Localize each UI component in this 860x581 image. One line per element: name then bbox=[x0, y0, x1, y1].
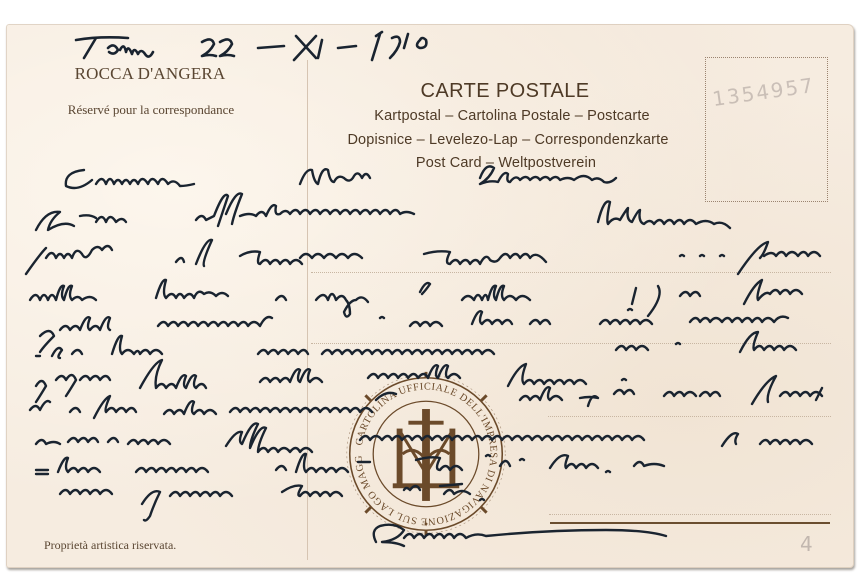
message-line-10: -dare ossequi e saluti ai tuoi di casa, … bbox=[36, 456, 463, 481]
message-line-9: e mi è caro approfittare dell'occasione … bbox=[36, 428, 572, 453]
message-line-3: (poiché il tuo cuore traspariva ... perf… bbox=[26, 244, 479, 269]
message-line-7: proprio fatto molto molto piacere. bbox=[36, 368, 415, 393]
message-line-2: la tua affettuosissima letterina bbox=[36, 204, 378, 229]
dateline-text: Torino 22 - XI - 1910 bbox=[76, 30, 305, 55]
message-line-11: un grosso bacio a te. bbox=[60, 482, 292, 507]
signature-text: Enrico bbox=[376, 524, 449, 549]
message-line-8: ed è per ciò che desidero che tu lo sapp… bbox=[30, 396, 502, 421]
message-line-6: -do, e di cui sono riconoscentissimo mi … bbox=[36, 340, 544, 365]
message-line-4: sulla busta a guisa di sigillo!) e i tro… bbox=[30, 282, 472, 307]
message-line-5: gentili sentimenti di tutti i tuoi a mio… bbox=[40, 314, 536, 339]
message-line-1: Carissima Maria Alessandra bbox=[66, 164, 381, 189]
